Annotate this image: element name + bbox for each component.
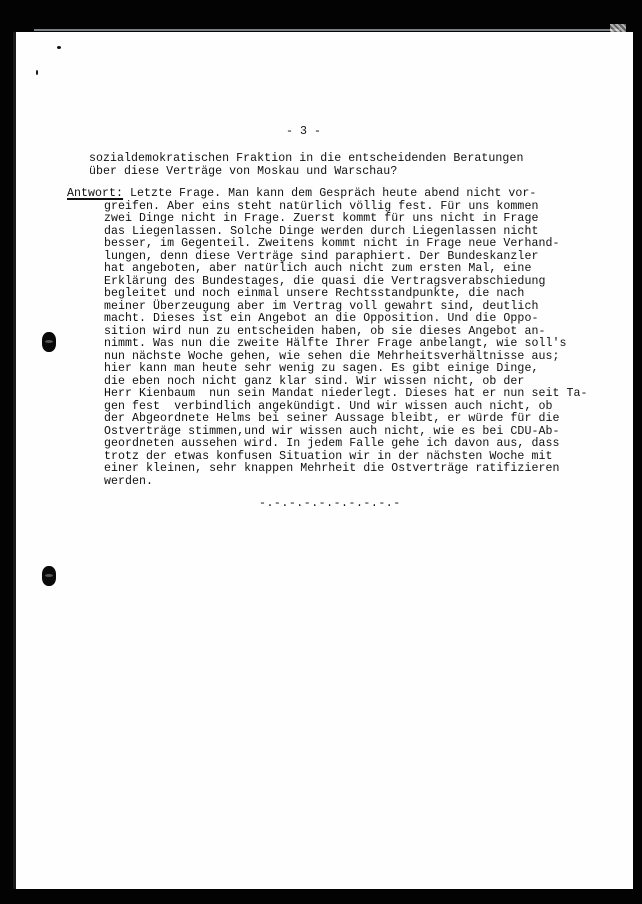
end-of-text-marker: -.-.-.-.-.-.-.-.-.- [259, 498, 401, 511]
answer-line: geordneten aussehen wird. In jedem Falle… [104, 438, 588, 451]
answer-label: Antwort: [67, 188, 123, 201]
answer-line: besser, im Gegenteil. Zweitens kommt nic… [104, 238, 588, 251]
paper-top-edge [34, 29, 620, 31]
scan-speck [36, 70, 38, 75]
answer-line: nimmt. Was nun die zweite Hälfte Ihrer F… [104, 338, 588, 351]
question-line: über diese Verträge von Moskau und Warsc… [89, 166, 523, 179]
answer-line: macht. Dieses ist ein Angebot an die Opp… [104, 313, 588, 326]
page-number: - 3 - [286, 126, 321, 139]
answer-body: greifen. Aber eins steht natürlich völli… [104, 201, 588, 489]
answer-line: begleitet und noch einmal unsere Rechtss… [104, 288, 588, 301]
answer-line: zwei Dinge nicht in Frage. Zuerst kommt … [104, 213, 588, 226]
answer-line: werden. [104, 476, 588, 489]
answer-line: hier kann man heute sehr wenig zu sagen.… [104, 363, 588, 376]
question-line: sozialdemokratischen Fraktion in die ent… [89, 153, 523, 166]
scan-speck [57, 46, 61, 49]
question-tail: sozialdemokratischen Fraktion in die ent… [89, 153, 523, 178]
answer-line: der Abgeordnete Helms bei seiner Aussage… [104, 413, 588, 426]
answer-line: hat angeboten, aber natürlich auch nicht… [104, 263, 588, 276]
punch-hole-upper [42, 332, 56, 352]
answer-line: Herr Kienbaum nun sein Mandat niederlegt… [104, 388, 588, 401]
answer-line: einer kleinen, sehr knappen Mehrheit die… [104, 463, 588, 476]
punch-hole-lower [42, 566, 56, 586]
answer-first-line: Letzte Frage. Man kann dem Gespräch heut… [130, 188, 536, 201]
